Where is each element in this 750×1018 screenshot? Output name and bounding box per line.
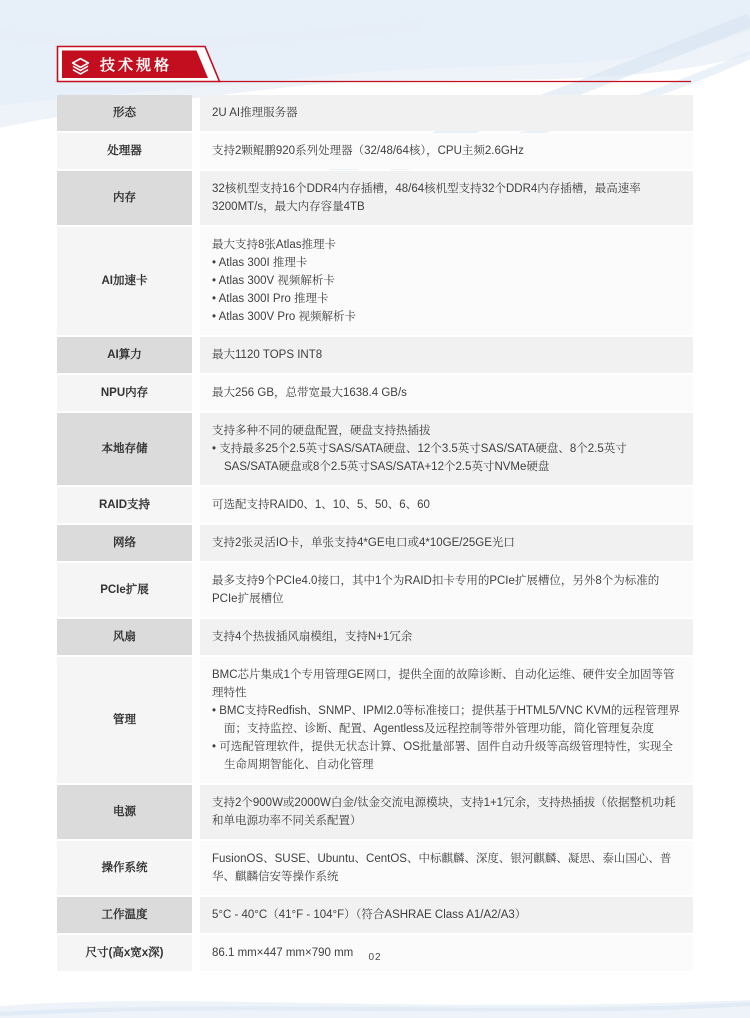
spec-value: 32核机型支持16个DDR4内存插槽，48/64核机型支持32个DDR4内存插槽… [200,171,693,225]
spec-row: 处理器 支持2颗鲲鹏920系列处理器（32/48/64核），CPU主频2.6GH… [57,133,693,169]
spec-value: BMC芯片集成1个专用管理GE网口，提供全面的故障诊断、自动化运维、硬件安全加固… [200,657,693,783]
section-banner-shape [0,0,750,92]
spec-label: RAID支持 [57,487,192,523]
layers-icon [70,56,91,77]
spec-label: 操作系统 [57,841,192,895]
spec-value-line: • Atlas 300I Pro 推理卡 [212,290,681,308]
spec-table: 形态 2U AI推理服务器 处理器 支持2颗鲲鹏920系列处理器（32/48/6… [57,95,693,973]
spec-value: 最大256 GB，总带宽最大1638.4 GB/s [200,375,693,411]
spec-value-line: 最多支持9个PCIe4.0接口，其中1个为RAID扣卡专用的PCIe扩展槽位，另… [212,572,681,608]
spec-label: 本地存储 [57,413,192,485]
spec-label: 处理器 [57,133,192,169]
spec-row: 电源 支持2个900W或2000W白金/钛金交流电源模块，支持1+1冗余，支持热… [57,785,693,839]
spec-value-line: 5°C - 40°C（41°F - 104°F）（符合ASHRAE Class … [212,906,681,924]
spec-value-line: 最大256 GB，总带宽最大1638.4 GB/s [212,384,681,402]
spec-value-line: BMC芯片集成1个专用管理GE网口，提供全面的故障诊断、自动化运维、硬件安全加固… [212,666,681,702]
spec-value-line: • Atlas 300V 视频解析卡 [212,272,681,290]
spec-row: NPU内存 最大256 GB，总带宽最大1638.4 GB/s [57,375,693,411]
spec-label: 网络 [57,525,192,561]
spec-value: 支持2个900W或2000W白金/钛金交流电源模块，支持1+1冗余，支持热插拔（… [200,785,693,839]
spec-label: PCIe扩展 [57,563,192,617]
spec-row: 管理 BMC芯片集成1个专用管理GE网口，提供全面的故障诊断、自动化运维、硬件安… [57,657,693,783]
spec-value-line: • 可选配管理软件，提供无状态计算、OS批量部署、固件自动升级等高级管理特性，实… [212,738,681,774]
section-banner: 技术规格 [70,54,172,78]
spec-value: 2U AI推理服务器 [200,95,693,131]
spec-value: 支持多种不同的硬盘配置，硬盘支持热插拔• 支持最多25个2.5英寸SAS/SAT… [200,413,693,485]
spec-value: 5°C - 40°C（41°F - 104°F）（符合ASHRAE Class … [200,897,693,933]
spec-label: NPU内存 [57,375,192,411]
spec-value-line: 可选配支持RAID0、1、10、5、50、6、60 [212,496,681,514]
spec-label: 形态 [57,95,192,131]
spec-row: 网络 支持2张灵活IO卡，单张支持4*GE电口或4*10GE/25GE光口 [57,525,693,561]
spec-value: 最多支持9个PCIe4.0接口，其中1个为RAID扣卡专用的PCIe扩展槽位，另… [200,563,693,617]
spec-label: AI加速卡 [57,227,192,335]
spec-label: AI算力 [57,337,192,373]
spec-row: 风扇 支持4个热拔插风扇模组，支持N+1冗余 [57,619,693,655]
page-number: 02 [0,952,750,963]
spec-value-line: 32核机型支持16个DDR4内存插槽，48/64核机型支持32个DDR4内存插槽… [212,180,681,216]
spec-row: PCIe扩展 最多支持9个PCIe4.0接口，其中1个为RAID扣卡专用的PCI… [57,563,693,617]
spec-value-line: 最大1120 TOPS INT8 [212,346,681,364]
spec-value-line: • BMC支持Redfish、SNMP、IPMI2.0等标准接口；提供基于HTM… [212,702,681,738]
spec-row: 形态 2U AI推理服务器 [57,95,693,131]
spec-row: 本地存储 支持多种不同的硬盘配置，硬盘支持热插拔• 支持最多25个2.5英寸SA… [57,413,693,485]
spec-value: 可选配支持RAID0、1、10、5、50、6、60 [200,487,693,523]
section-title: 技术规格 [100,54,172,78]
spec-value-line: • Atlas 300V Pro 视频解析卡 [212,308,681,326]
spec-value-line: 2U AI推理服务器 [212,104,681,122]
spec-value-line: 支持2张灵活IO卡，单张支持4*GE电口或4*10GE/25GE光口 [212,534,681,552]
spec-value: 支持2张灵活IO卡，单张支持4*GE电口或4*10GE/25GE光口 [200,525,693,561]
spec-label: 内存 [57,171,192,225]
spec-value: 支持4个热拔插风扇模组，支持N+1冗余 [200,619,693,655]
spec-value-line: • 支持最多25个2.5英寸SAS/SATA硬盘、12个3.5英寸SAS/SAT… [212,440,681,476]
spec-value: 最大1120 TOPS INT8 [200,337,693,373]
spec-label: 风扇 [57,619,192,655]
spec-value-line: 支持2个900W或2000W白金/钛金交流电源模块，支持1+1冗余，支持热插拔（… [212,794,681,830]
spec-value-line: 支持多种不同的硬盘配置，硬盘支持热插拔 [212,422,681,440]
spec-value-line: • Atlas 300I 推理卡 [212,254,681,272]
bottom-wave-decoration [0,978,750,1018]
spec-label: 管理 [57,657,192,783]
spec-row: AI算力 最大1120 TOPS INT8 [57,337,693,373]
spec-value: 最大支持8张Atlas推理卡• Atlas 300I 推理卡• Atlas 30… [200,227,693,335]
spec-value: FusionOS、SUSE、Ubuntu、CentOS、中标麒麟、深度、银河麒麟… [200,841,693,895]
spec-value: 支持2颗鲲鹏920系列处理器（32/48/64核），CPU主频2.6GHz [200,133,693,169]
spec-label: 工作温度 [57,897,192,933]
document-page: 技术规格 形态 2U AI推理服务器 处理器 支持2颗鲲鹏920系列处理器（32… [0,0,750,1018]
spec-row: 内存 32核机型支持16个DDR4内存插槽，48/64核机型支持32个DDR4内… [57,171,693,225]
spec-row: AI加速卡 最大支持8张Atlas推理卡• Atlas 300I 推理卡• At… [57,227,693,335]
spec-value-line: FusionOS、SUSE、Ubuntu、CentOS、中标麒麟、深度、银河麒麟… [212,850,681,886]
spec-value-line: 支持4个热拔插风扇模组，支持N+1冗余 [212,628,681,646]
spec-row: RAID支持 可选配支持RAID0、1、10、5、50、6、60 [57,487,693,523]
spec-value-line: 支持2颗鲲鹏920系列处理器（32/48/64核），CPU主频2.6GHz [212,142,681,160]
spec-row: 操作系统 FusionOS、SUSE、Ubuntu、CentOS、中标麒麟、深度… [57,841,693,895]
spec-label: 电源 [57,785,192,839]
spec-value-line: 最大支持8张Atlas推理卡 [212,236,681,254]
spec-row: 工作温度 5°C - 40°C（41°F - 104°F）（符合ASHRAE C… [57,897,693,933]
